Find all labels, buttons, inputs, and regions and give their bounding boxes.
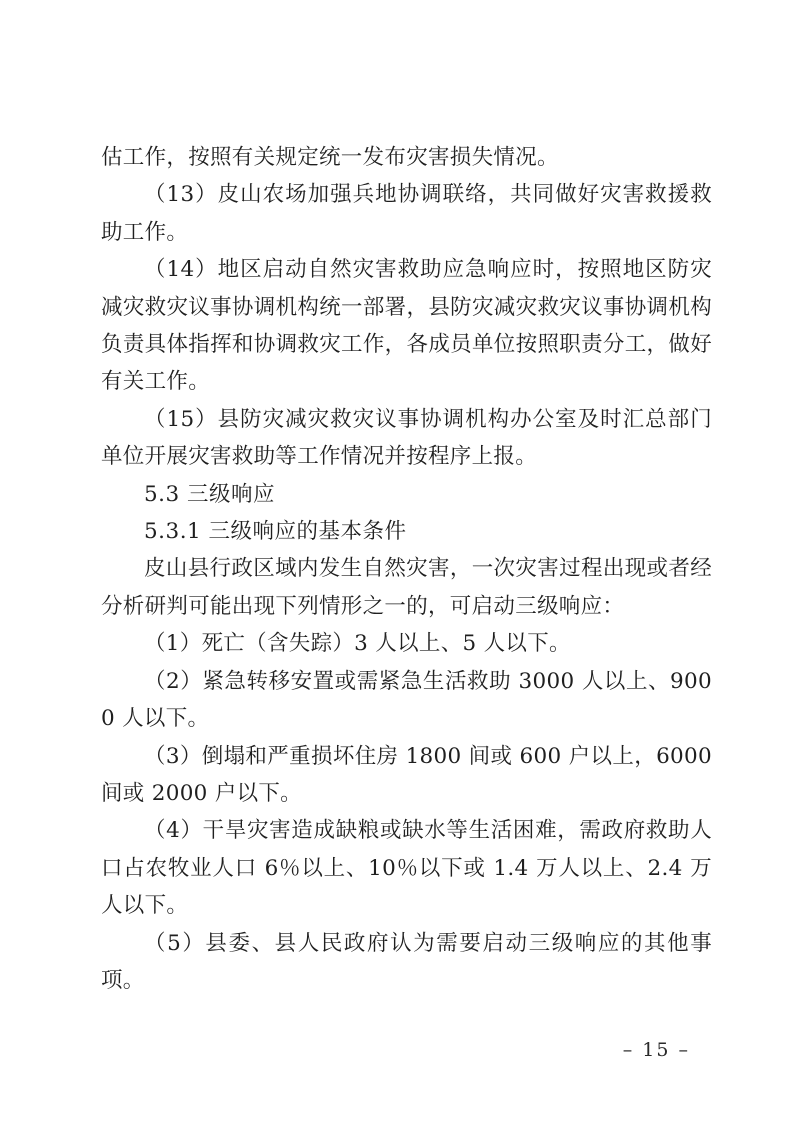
section-heading-5-3-1: 5.3.1 三级响应的基本条件 bbox=[101, 513, 712, 550]
paragraph-condition-2: （2）紧急转移安置或需紧急生活救助 3000 人以上、9000 人以下。 bbox=[101, 663, 712, 738]
paragraph-condition-4: （4）干旱灾害造成缺粮或缺水等生活困难，需政府救助人口占农牧业人口 6％以上、1… bbox=[101, 812, 712, 924]
paragraph-condition-3: （3）倒塌和严重损坏住房 1800 间或 600 户以上，6000 间或 200… bbox=[101, 738, 712, 813]
page-footer: – 15 – bbox=[623, 1036, 690, 1064]
paragraph-condition-1: （1）死亡（含失踪）3 人以上、5 人以下。 bbox=[101, 625, 712, 662]
paragraph-conditions-intro: 皮山县行政区域内发生自然灾害，一次灾害过程出现或者经分析研判可能出现下列情形之一… bbox=[101, 550, 712, 625]
paragraph-condition-5: （5）县委、县人民政府认为需要启动三级响应的其他事项。 bbox=[101, 925, 712, 1000]
paragraph-continuation: 估工作，按照有关规定统一发布灾害损失情况。 bbox=[101, 139, 712, 176]
document-body: 估工作，按照有关规定统一发布灾害损失情况。 （13）皮山农场加强兵地协调联络，共… bbox=[101, 139, 712, 999]
paragraph-item-15: （15）县防灾减灾救灾议事协调机构办公室及时汇总部门单位开展灾害救助等工作情况并… bbox=[101, 401, 712, 476]
paragraph-item-14: （14）地区启动自然灾害救助应急响应时，按照地区防灾减灾救灾议事协调机构统一部署… bbox=[101, 251, 712, 401]
section-heading-5-3: 5.3 三级响应 bbox=[101, 476, 712, 513]
page-number: – 15 – bbox=[623, 1039, 690, 1061]
document-page: 估工作，按照有关规定统一发布灾害损失情况。 （13）皮山农场加强兵地协调联络，共… bbox=[0, 0, 793, 1122]
paragraph-item-13: （13）皮山农场加强兵地协调联络，共同做好灾害救援救助工作。 bbox=[101, 176, 712, 251]
